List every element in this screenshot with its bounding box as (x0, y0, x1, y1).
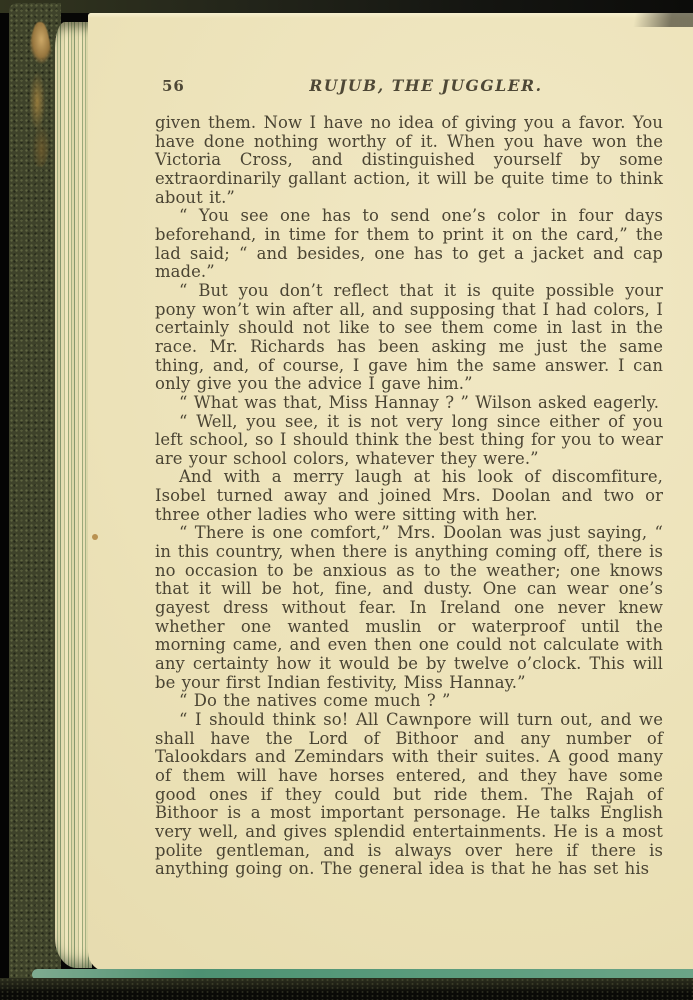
book-page: 56 RUJUB, THE JUGGLER. given them. Now I… (88, 13, 693, 972)
printed-content: 56 RUJUB, THE JUGGLER. given them. Now I… (155, 76, 663, 879)
paragraph-2: “ You see one has to send one’s color in… (155, 207, 663, 282)
page-text: given them. Now I have no idea of giving… (155, 114, 663, 879)
page-number: 56 (162, 77, 185, 95)
paragraph-8: “ Do the natives come much ? ” (155, 692, 663, 711)
paragraph-6: And with a merry laugh at his look of di… (155, 468, 663, 524)
paper-fleck (92, 534, 98, 540)
paragraph-4: “ What was that, Miss Hannay ? ” Wilson … (155, 394, 663, 413)
paragraph-3: “ But you don’t reflect that it is quite… (155, 282, 663, 394)
scanned-book-photo: 56 RUJUB, THE JUGGLER. given them. Now I… (0, 0, 693, 1000)
paragraph-9: “ I should think so! All Cawnpore will t… (155, 711, 663, 879)
running-title: RUJUB, THE JUGGLER. (155, 76, 663, 95)
book-cover-bottom (0, 978, 693, 1000)
paragraph-7: “ There is one comfort,” Mrs. Doolan was… (155, 524, 663, 692)
paragraph-5: “ Well, you see, it is not very long sin… (155, 413, 663, 469)
page-header: 56 RUJUB, THE JUGGLER. (155, 76, 663, 96)
cover-wear-patch (27, 22, 53, 167)
book-cover-top-edge (0, 0, 693, 13)
stacked-page-edges (55, 22, 92, 968)
paragraph-1: given them. Now I have no idea of giving… (155, 114, 663, 207)
